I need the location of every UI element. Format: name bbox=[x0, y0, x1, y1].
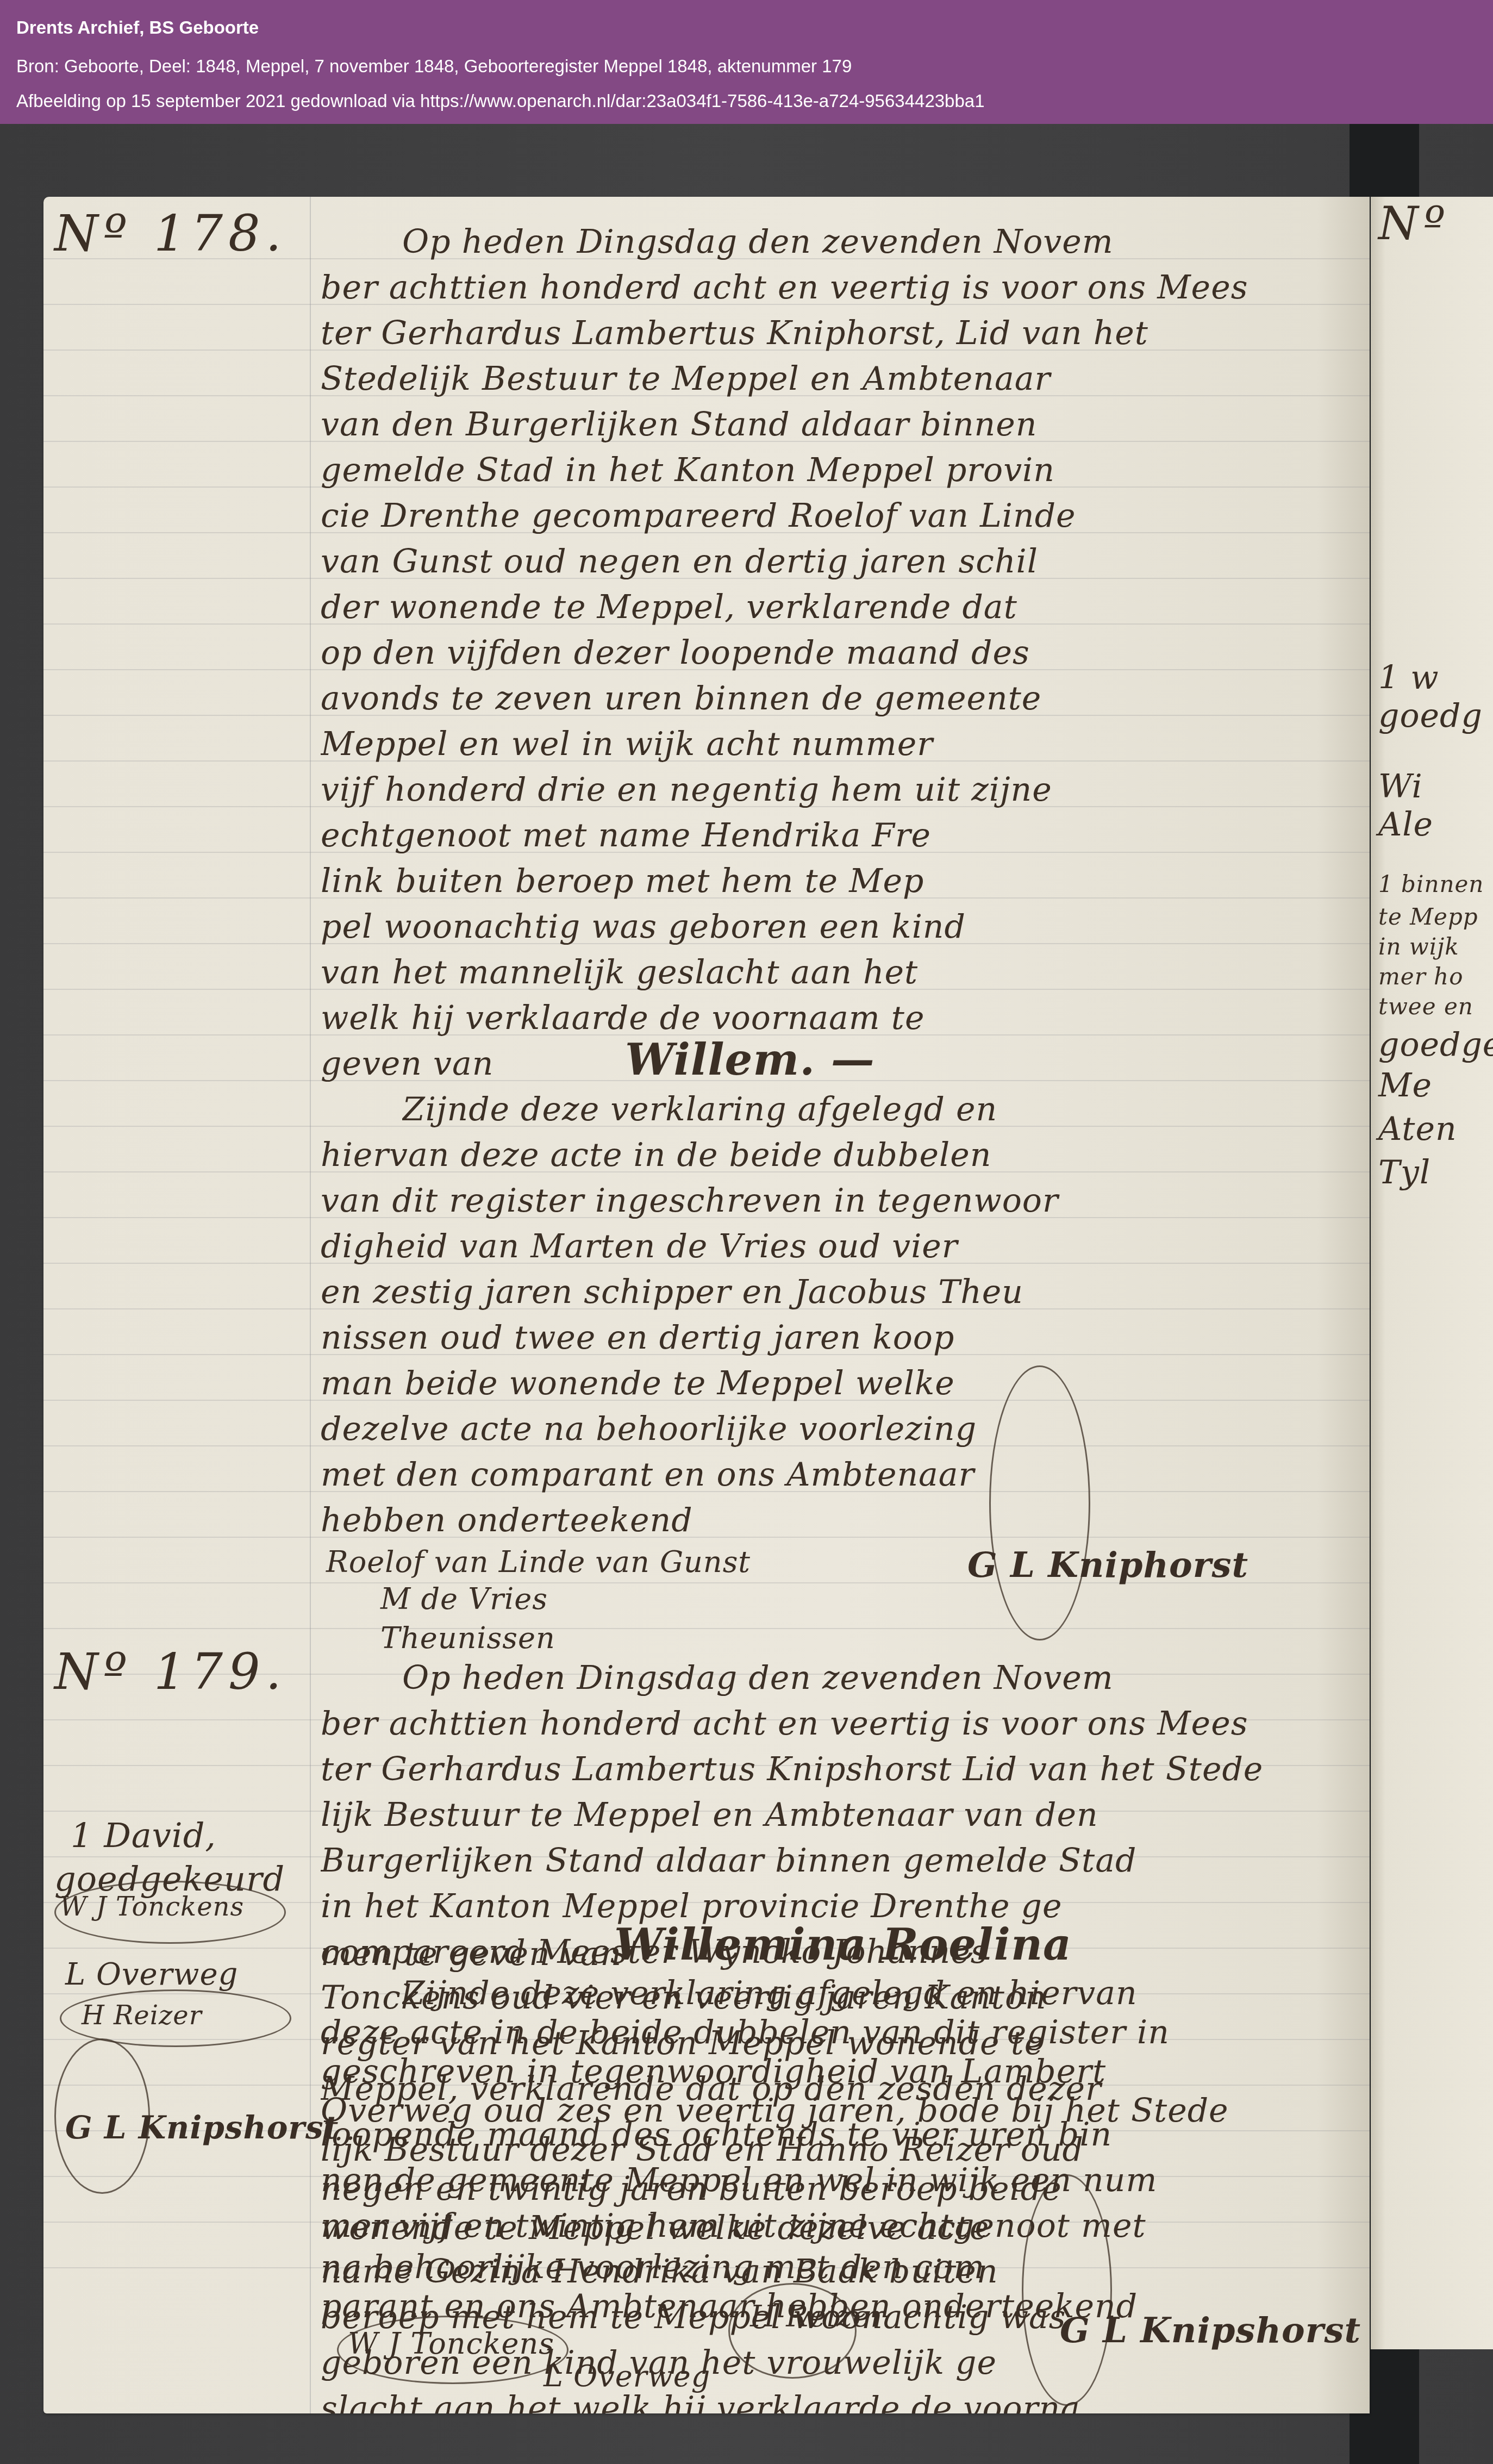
signature-flourish bbox=[989, 1365, 1090, 1640]
entry-179-line: ber achttien honderd acht en veertig is … bbox=[321, 1705, 1353, 1743]
entry-178-line: geven van bbox=[321, 1045, 538, 1083]
entry-178-line: der wonende te Meppel, verklarende dat bbox=[321, 588, 1353, 626]
child-name-willemina-roelina: Willemina Roelina bbox=[614, 1919, 1072, 1970]
entry-179-closing-line: Overweg oud zes en veertig jaren, bode b… bbox=[321, 2092, 1353, 2130]
download-info: Afbeelding op 15 september 2021 gedownlo… bbox=[16, 84, 1493, 118]
entry-178-line: van het mannelijk geslacht aan het bbox=[321, 953, 1353, 991]
signature-registrar: G L Kniphorst bbox=[967, 1545, 1248, 1586]
archive-title: Drents Archief, BS Geboorte bbox=[16, 15, 1493, 49]
entry-178-closing-line: met den comparant en ons Ambtenaar bbox=[321, 1456, 1353, 1494]
facing-fragment: Me bbox=[1378, 1066, 1432, 1105]
entry-179-line: men te geven van bbox=[321, 1935, 625, 1973]
entry-178-closing-line: nissen oud twee en dertig jaren koop bbox=[321, 1319, 1353, 1357]
facing-fragment: 1 binnen bbox=[1378, 871, 1484, 897]
entry-178-line: welk hij verklaarde de voornaam te bbox=[321, 999, 1353, 1037]
facing-fragment: Tyl bbox=[1378, 1153, 1430, 1192]
entry-179-line: slacht aan het welk hij verklaarde de vo… bbox=[321, 2390, 1353, 2413]
facing-fragment: mer ho bbox=[1378, 963, 1463, 990]
entry-179-closing-line: deze acte in de beide dubbelen van dit r… bbox=[321, 2013, 1353, 2051]
signature-registrar-179: G L Knipshorst bbox=[1060, 2310, 1361, 2351]
facing-fragment: goedge bbox=[1378, 1026, 1493, 1064]
entry-178-line: vijf honderd drie en negentig hem uit zi… bbox=[321, 771, 1353, 809]
signature-witness-2: Theunissen bbox=[380, 1621, 555, 1655]
margin-signature-overweg: L Overweg bbox=[65, 1957, 238, 1992]
entry-178-line: gemelde Stad in het Kanton Meppel provin bbox=[321, 451, 1353, 489]
entry-178-line: pel woonachtig was geboren een kind bbox=[321, 908, 1353, 946]
entry-178-line: van Gunst oud negen en dertig jaren schi… bbox=[321, 542, 1353, 581]
margin-signature-reizer: H Reizer bbox=[82, 2000, 202, 2031]
signature-flourish bbox=[1022, 2174, 1112, 2406]
entry-179-closing-line: Zijnde deze verklaring afgelegd en hierv… bbox=[402, 1974, 1435, 2012]
entry-179-line: Op heden Dingsdag den zevenden Novem bbox=[402, 1659, 1370, 1697]
entry-178-closing-line: hebben onderteekend bbox=[321, 1501, 1353, 1539]
entry-178-line: Meppel en wel in wijk acht nummer bbox=[321, 725, 1353, 763]
facing-fragment: goedg bbox=[1378, 697, 1483, 735]
entry-178-closing-line: van dit register ingeschreven in tegenwo… bbox=[321, 1182, 1353, 1220]
facing-fragment: in wijk bbox=[1378, 933, 1459, 960]
entry-178-line: echtgenoot met name Hendrika Fre bbox=[321, 816, 1353, 854]
entry-178-line: cie Drenthe gecompareerd Roelof van Lind… bbox=[321, 497, 1353, 535]
facing-fragment: te Mepp bbox=[1378, 903, 1478, 930]
child-name-willem: Willem. — bbox=[625, 1034, 875, 1085]
entry-number-179: Nº 179. bbox=[54, 1643, 287, 1701]
facing-fragment: Aten bbox=[1378, 1110, 1457, 1148]
entry-179-closing-line: na behoorlijke voorlezing met den com bbox=[321, 2248, 1353, 2286]
entry-178-line: op den vijfden dezer loopende maand des bbox=[321, 634, 1353, 672]
entry-178-line: ter Gerhardus Lambertus Kniphorst, Lid v… bbox=[321, 314, 1353, 352]
facing-entry-number: Nº bbox=[1378, 197, 1451, 250]
entry-178-closing-line: Zijnde deze verklaring afgelegd en bbox=[402, 1090, 1370, 1128]
facing-fragment: Wi bbox=[1378, 768, 1423, 806]
entry-178-line: Op heden Dingsdag den zevenden Novem bbox=[402, 223, 1370, 261]
signature-witness-overweg: L Overweg bbox=[544, 2359, 710, 2393]
entry-179-closing-line: wonende te Meppel welke dezelve acte bbox=[321, 2209, 1353, 2247]
facing-fragment: Ale bbox=[1378, 806, 1433, 844]
entry-178-closing-line: digheid van Marten de Vries oud vier bbox=[321, 1227, 1353, 1265]
register-page-right: Nº 1 w goedg Wi Ale 1 binnen te Mepp in … bbox=[1371, 197, 1493, 2349]
entry-178-closing-line: dezelve acte na behoorlijke voorlezing bbox=[321, 1410, 1353, 1448]
entry-178-line: avonds te zeven uren binnen de gemeente bbox=[321, 679, 1353, 718]
entry-178-line: ber achttien honderd acht en veertig is … bbox=[321, 269, 1353, 307]
facing-fragment: 1 w bbox=[1378, 659, 1439, 697]
entry-178-line: Stedelijk Bestuur te Meppel en Ambtenaar bbox=[321, 360, 1353, 398]
entry-179-closing-line: lijk Bestuur dezer Stad en Hanno Reizer … bbox=[321, 2131, 1353, 2169]
signature-witness-reizer: H Reizer bbox=[750, 2299, 885, 2334]
entry-178-closing-line: en zestig jaren schipper en Jacobus Theu bbox=[321, 1273, 1353, 1311]
ruled-line bbox=[43, 1628, 1370, 1629]
signature-father: Roelof van Linde van Gunst bbox=[326, 1545, 751, 1579]
entry-number-178: Nº 178. bbox=[54, 204, 287, 263]
entry-178-line: van den Burgerlijken Stand aldaar binnen bbox=[321, 406, 1353, 444]
entry-179-line: ter Gerhardus Lambertus Knipshorst Lid v… bbox=[321, 1750, 1353, 1788]
entry-178-line: link buiten beroep met hem te Mep bbox=[321, 862, 1353, 900]
archive-header: Drents Archief, BS Geboorte Bron: Geboor… bbox=[0, 0, 1493, 124]
entry-179-closing-line: geschreven in tegenwoordigheid van Lambe… bbox=[321, 2053, 1353, 2091]
entry-178-closing-line: hiervan deze acte in de beide dubbelen bbox=[321, 1136, 1353, 1174]
entry-178-closing-line: man beide wonende te Meppel welke bbox=[321, 1364, 1353, 1402]
margin-note-correction: 1 David, bbox=[71, 1816, 216, 1855]
margin-rule bbox=[310, 197, 311, 2413]
margin-signature-tonckens: W J Tonckens bbox=[60, 1892, 244, 1922]
entry-179-line: lijk Bestuur te Meppel en Ambtenaar van … bbox=[321, 1796, 1353, 1834]
source-citation: Bron: Geboorte, Deel: 1848, Meppel, 7 no… bbox=[16, 49, 1493, 84]
signature-father-179: W J Tonckens bbox=[348, 2326, 554, 2361]
entry-179-line: Burgerlijken Stand aldaar binnen gemelde… bbox=[321, 1842, 1353, 1880]
margin-signature-knipshorst: G L Knipshorst bbox=[65, 2109, 339, 2146]
signature-witness-1: M de Vries bbox=[380, 1582, 548, 1616]
entry-179-closing-line: negen en twintig jaren buiten beroep bei… bbox=[321, 2170, 1353, 2208]
facing-fragment: twee en bbox=[1378, 993, 1473, 1020]
